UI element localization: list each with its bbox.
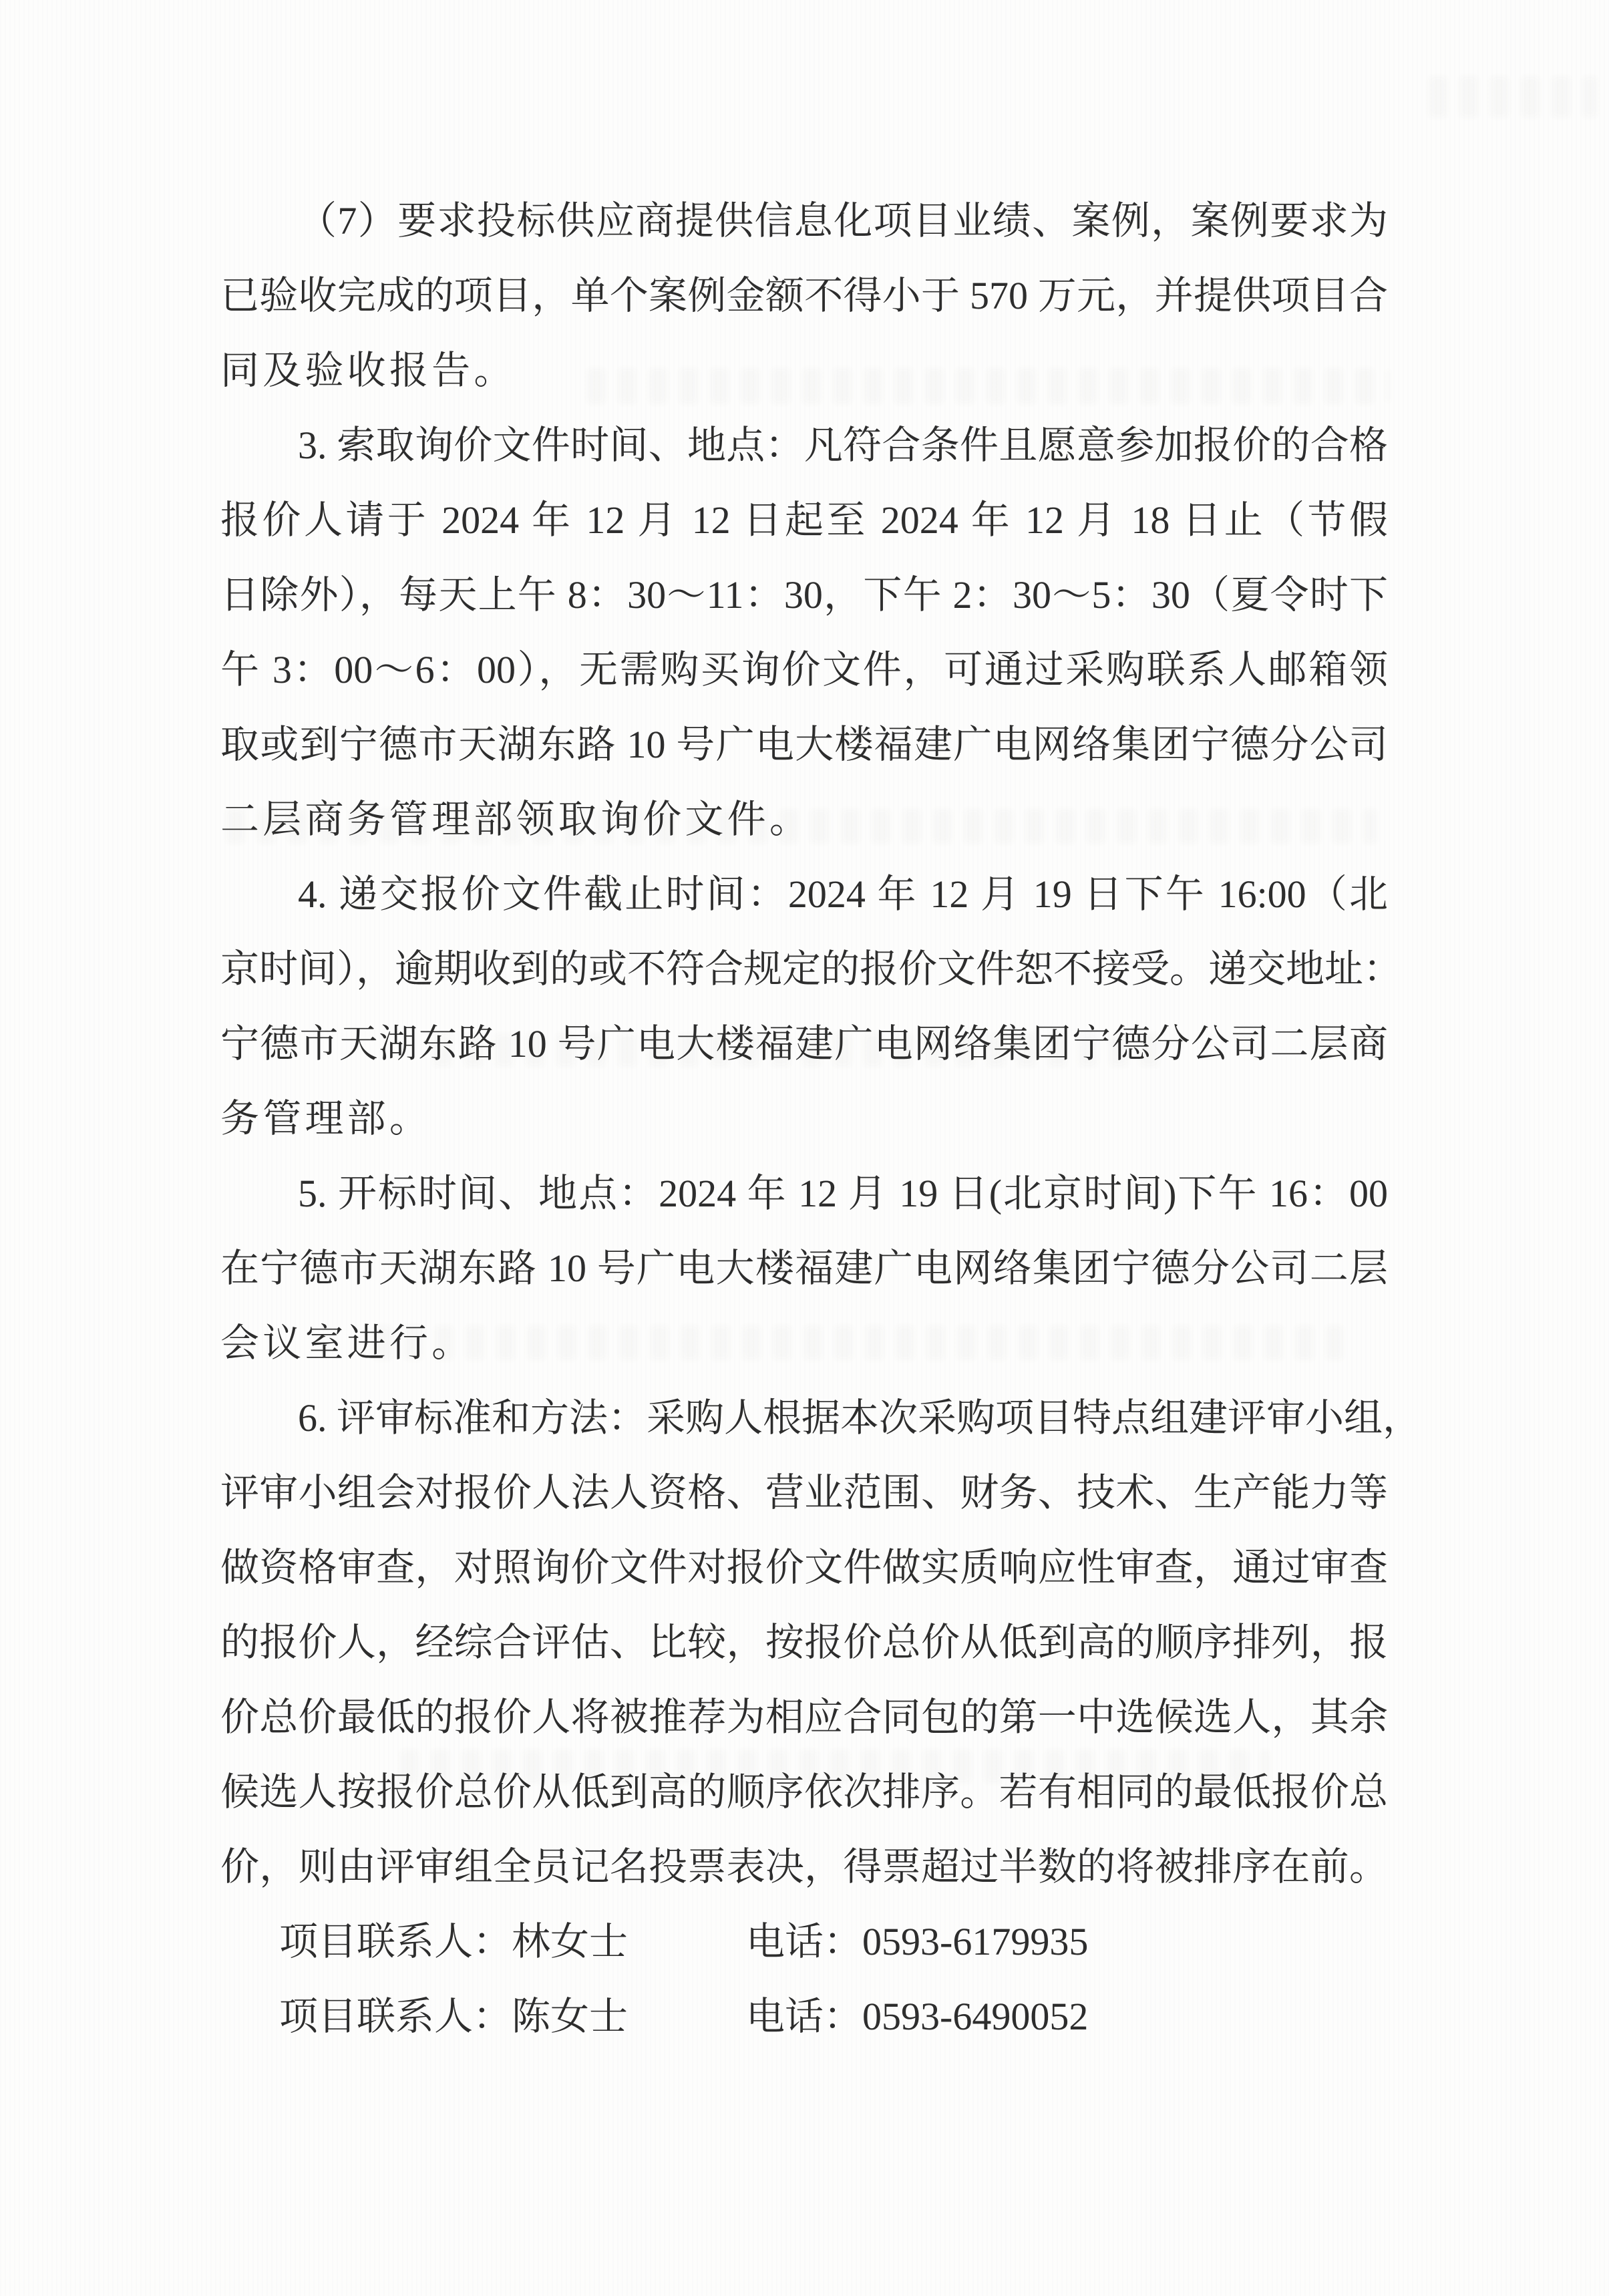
text-line: 日除外），每天上午 8：30～11：30，下午 2：30～5：30（夏令时下: [220, 558, 1388, 633]
text-line: 午 3：00～6：00），无需购买询价文件，可通过采购联系人邮箱领: [220, 633, 1388, 707]
text-block: （7）要求投标供应商提供信息化项目业绩、案例，案例要求为 已验收完成的项目，单个…: [220, 184, 1388, 2054]
scan-bleed-artifact: [1429, 77, 1596, 117]
text-line: 同及验收报告。: [220, 333, 1388, 408]
text-line: 候选人按报价总价从低到高的顺序依次排序。若有相同的最低报价总: [220, 1755, 1388, 1830]
scanned-document-page: { "document": { "paper_color": "#fdfdfc"…: [0, 0, 1609, 2296]
text-line: 评审小组会对报价人法人资格、营业范围、财务、技术、生产能力等: [220, 1456, 1388, 1530]
text-line: 在宁德市天湖东路 10 号广电大楼福建广电网络集团宁德分公司二层: [220, 1231, 1388, 1306]
contact-person-label: 项目联系人：林女士: [279, 1920, 628, 1963]
text-line: 务管理部。: [220, 1082, 1388, 1156]
contact-phone: 电话：0593-6490052: [746, 1979, 1088, 2054]
text-line: 6. 评审标准和方法：采购人根据本次采购项目特点组建评审小组，: [220, 1381, 1388, 1456]
text-line: 已验收完成的项目，单个案例金额不得小于 570 万元，并提供项目合: [220, 259, 1388, 333]
text-line: 做资格审查，对照询价文件对报价文件做实质响应性审查，通过审查: [220, 1530, 1388, 1605]
text-line: 5. 开标时间、地点：2024 年 12 月 19 日(北京时间)下午 16：0…: [220, 1156, 1388, 1231]
text-line: 的报价人，经综合评估、比较，按报价总价从低到高的顺序排列，报: [220, 1605, 1388, 1680]
text-line: 取或到宁德市天湖东路 10 号广电大楼福建广电网络集团宁德分公司: [220, 707, 1388, 782]
text-line: 报价人请于 2024 年 12 月 12 日起至 2024 年 12 月 18 …: [220, 483, 1388, 558]
contact-phone: 电话：0593-6179935: [746, 1905, 1088, 1979]
text-line: 价总价最低的报价人将被推荐为相应合同包的第一中选候选人，其余: [220, 1680, 1388, 1755]
text-line: 会议室进行。: [220, 1306, 1388, 1381]
contact-person-label: 项目联系人：陈女士: [279, 1995, 628, 2038]
text-line: （7）要求投标供应商提供信息化项目业绩、案例，案例要求为: [220, 184, 1388, 259]
text-line: 二层商务管理部领取询价文件。: [220, 782, 1388, 857]
contact-row: 项目联系人：林女士 电话：0593-6179935: [220, 1905, 1388, 1979]
text-line: 宁德市天湖东路 10 号广电大楼福建广电网络集团宁德分公司二层商: [220, 1007, 1388, 1082]
text-line: 京时间），逾期收到的或不符合规定的报价文件恕不接受。递交地址：: [220, 932, 1388, 1007]
contact-row: 项目联系人：陈女士 电话：0593-6490052: [220, 1979, 1388, 2054]
text-line: 4. 递交报价文件截止时间：2024 年 12 月 19 日下午 16:00（北: [220, 857, 1388, 932]
text-line: 价，则由评审组全员记名投票表决，得票超过半数的将被排序在前。: [220, 1830, 1388, 1905]
text-line: 3. 索取询价文件时间、地点：凡符合条件且愿意参加报价的合格: [220, 408, 1388, 483]
